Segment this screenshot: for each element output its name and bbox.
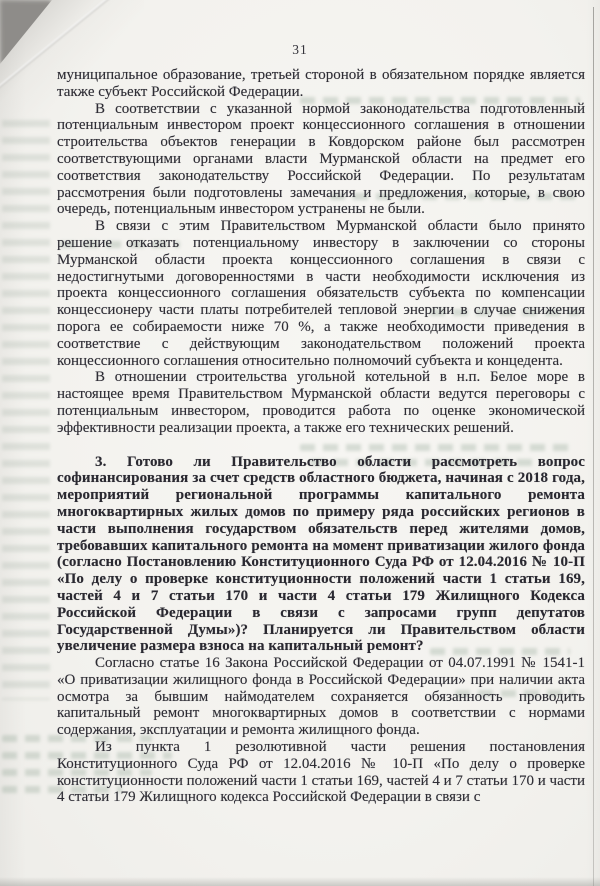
page-number: 31 <box>0 42 600 58</box>
paragraph-refusal-decision: В связи с этим Правительством Мурманской… <box>57 218 585 369</box>
document-body: муниципальное образование, третьей сторо… <box>57 67 585 806</box>
scanned-document-page: 31 муниципальное образование, третьей ст… <box>0 0 600 886</box>
bottom-scan-shadow <box>0 877 600 886</box>
question-3-paragraph: 3. Готово ли Правительство области рассм… <box>57 454 585 656</box>
paragraph-concession-review: В соответствии с указанной нормой законо… <box>57 101 585 219</box>
page-edge-line <box>593 7 594 886</box>
paragraph-court-resolution: Из пункта 1 резолютивной части решения п… <box>57 739 585 806</box>
paragraph-continuation: муниципальное образование, третьей сторо… <box>57 67 585 101</box>
bleedthrough-margin-column <box>2 120 50 700</box>
paragraph-privatization-law: Согласно статье 16 Закона Российской Фед… <box>57 655 585 739</box>
paragraph-beloye-more-boiler: В отношении строительства угольной котел… <box>57 369 585 436</box>
